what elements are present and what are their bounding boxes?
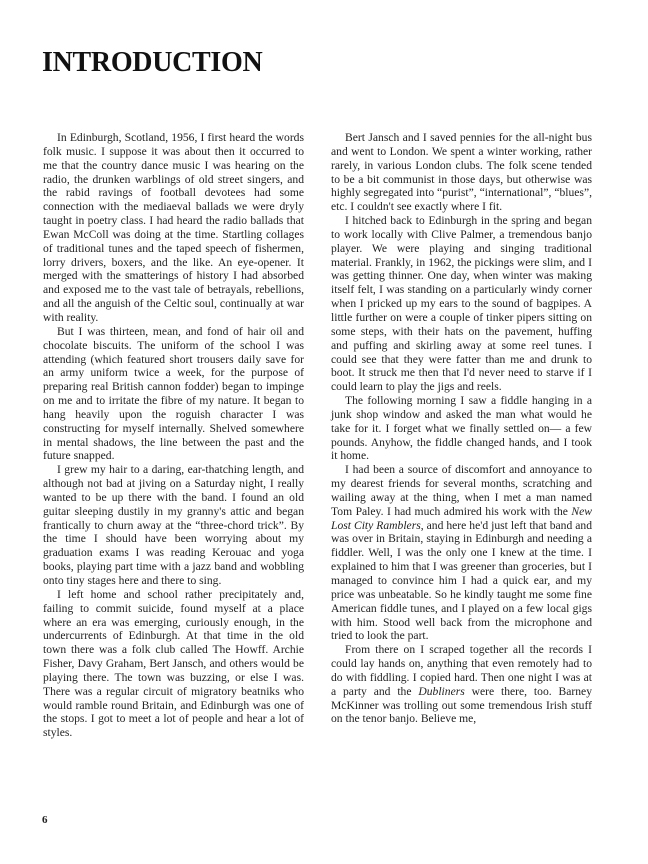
paragraph: I left home and school rather precipitat…	[43, 588, 304, 740]
right-text-column: Bert Jansch and I saved pennies for the …	[331, 131, 592, 726]
paragraph: Bert Jansch and I saved pennies for the …	[331, 131, 592, 214]
paragraph-text: , and here he'd just left that band and …	[331, 519, 592, 643]
paragraph: From there on I scraped together all the…	[331, 643, 592, 726]
paragraph: I grew my hair to a daring, ear-thatchin…	[43, 463, 304, 588]
paragraph: The following morning I saw a fiddle han…	[331, 394, 592, 463]
paragraph: In Edinburgh, Scotland, 1956, I first he…	[43, 131, 304, 325]
paragraph: But I was thirteen, mean, and fond of ha…	[43, 325, 304, 463]
paragraph: I had been a source of discomfort and an…	[331, 463, 592, 643]
page-title: INTRODUCTION	[42, 46, 262, 80]
page-number: 6	[42, 814, 48, 826]
left-text-column: In Edinburgh, Scotland, 1956, I first he…	[43, 131, 304, 740]
paragraph-text: I had been a source of discomfort and an…	[331, 463, 592, 518]
paragraph: I hitched back to Edinburgh in the sprin…	[331, 214, 592, 394]
band-name-italic: Dubliners	[418, 685, 464, 698]
